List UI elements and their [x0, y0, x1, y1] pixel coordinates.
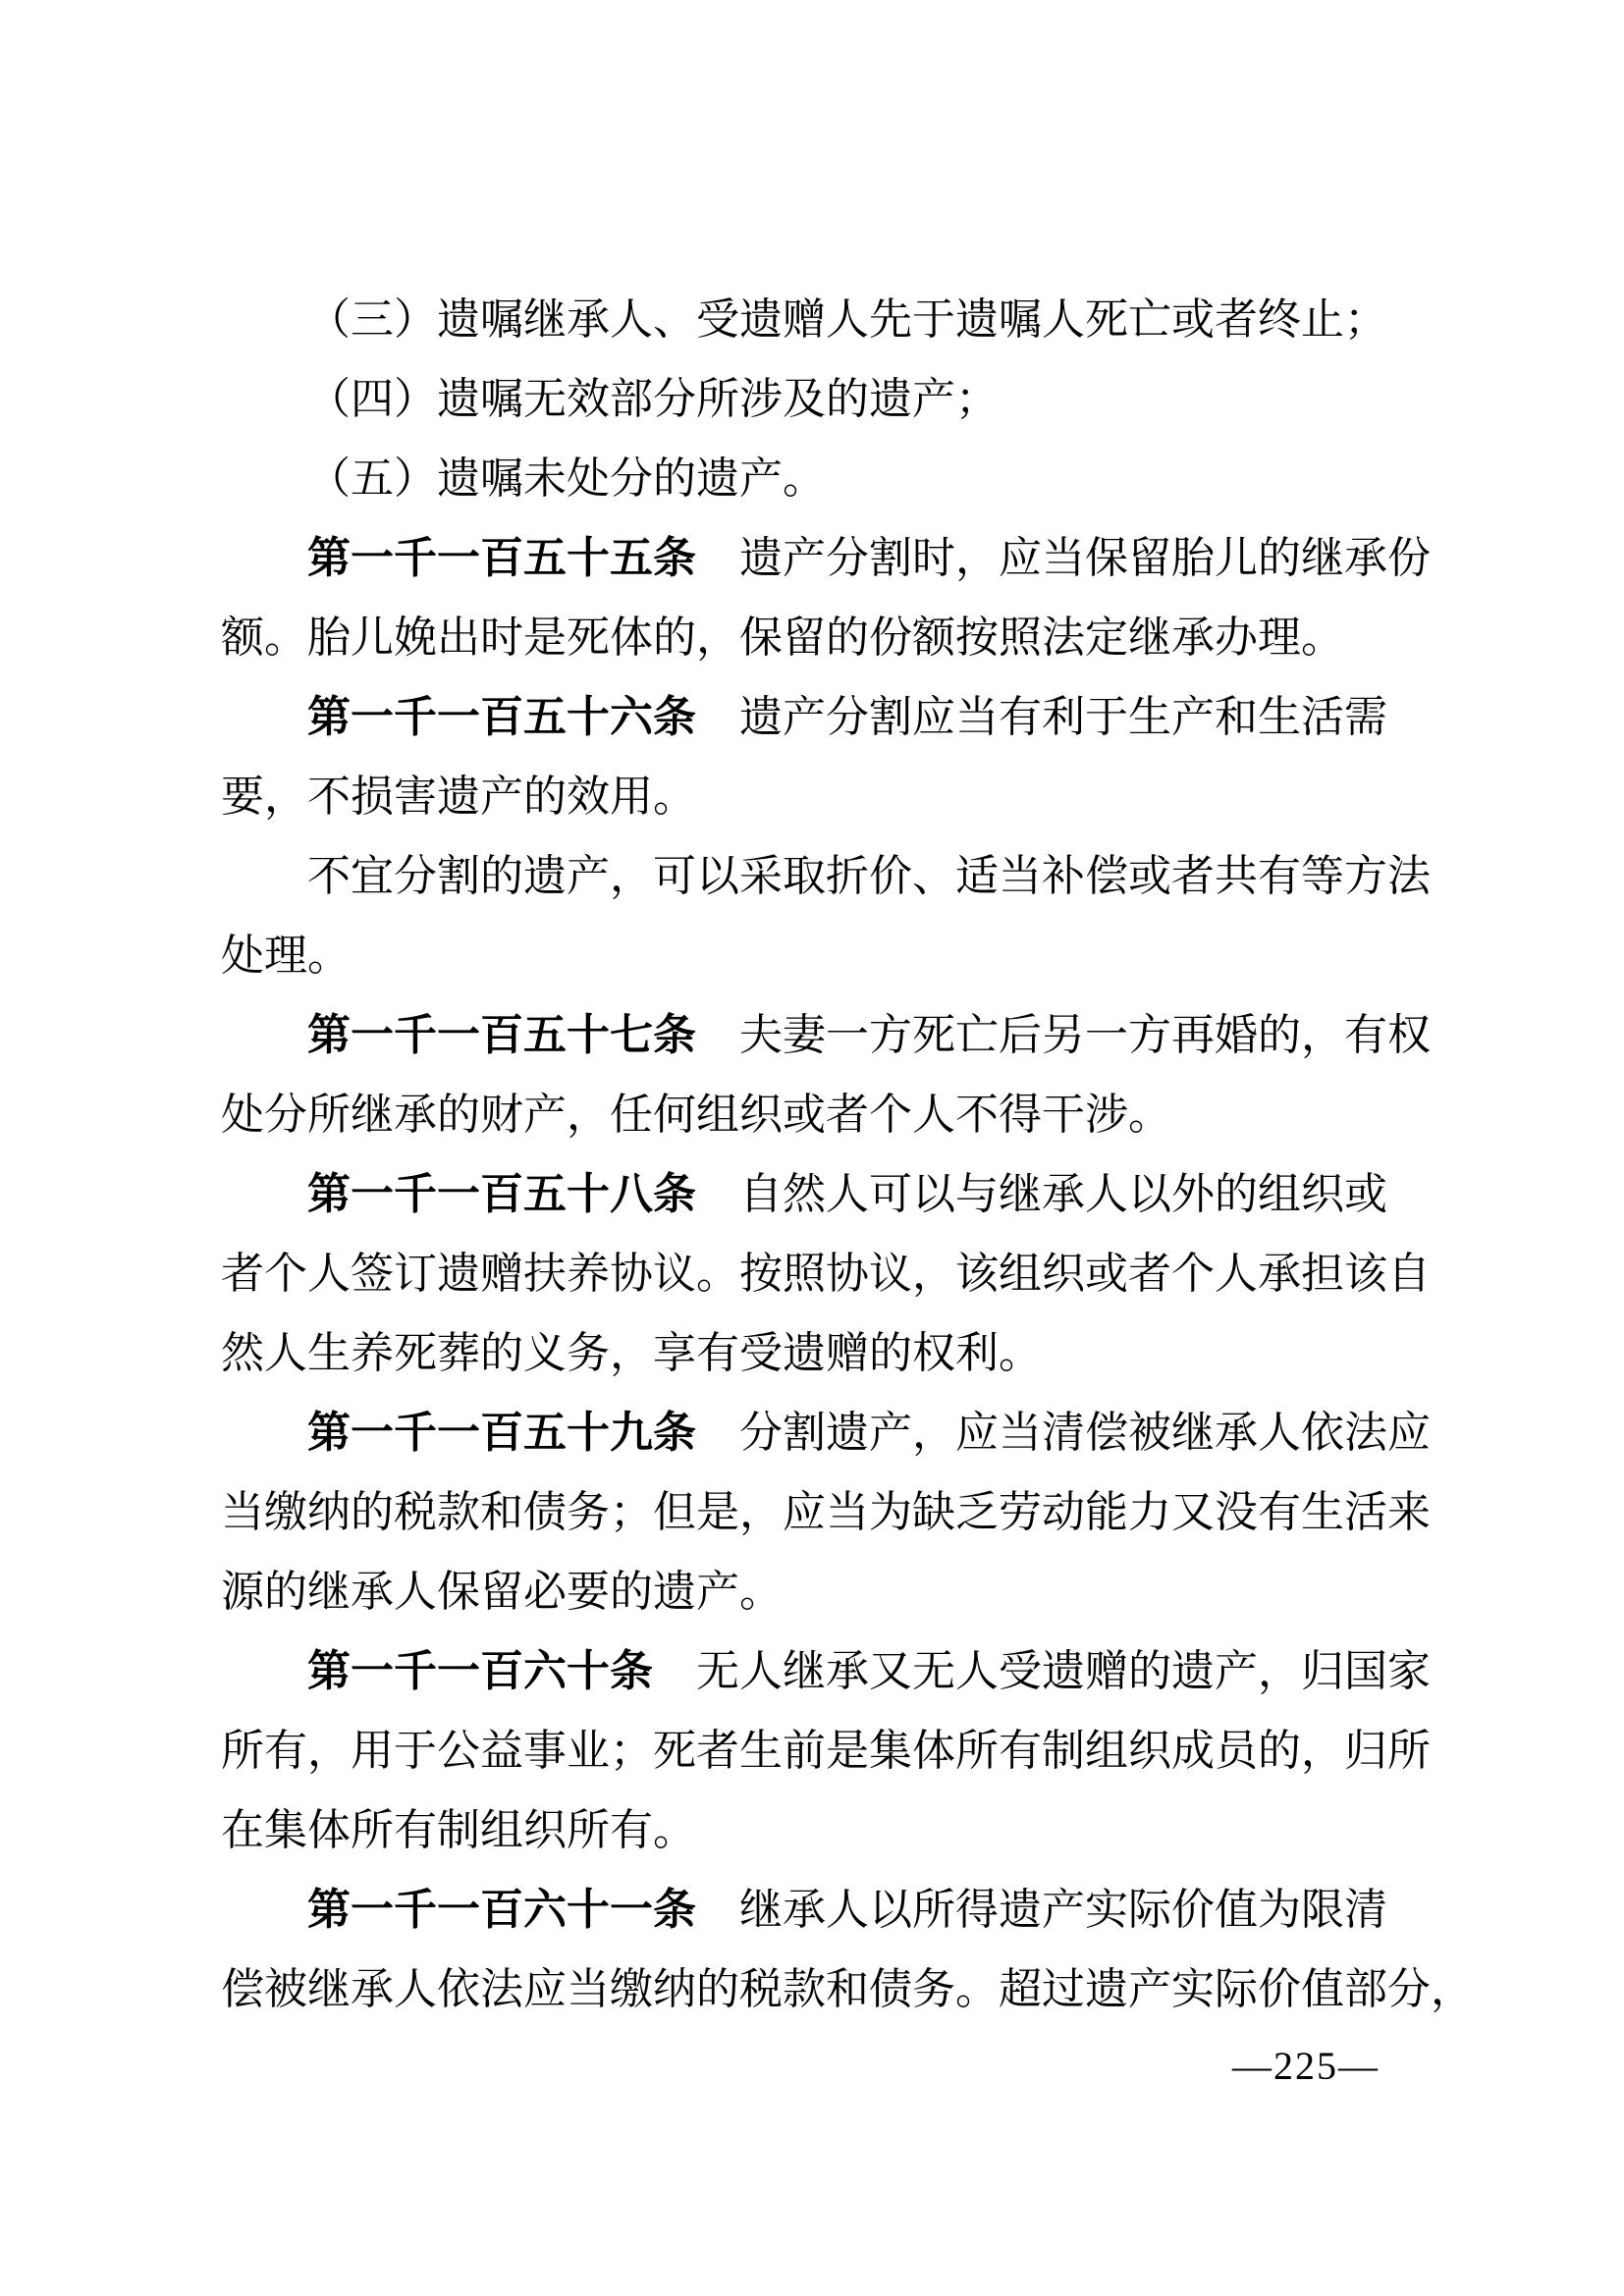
- line-text: 无人继承又无人受遗赠的遗产，归国家: [696, 1647, 1431, 1695]
- text-block: （三）遗嘱继承人、受遗赠人先于遗嘱人死亡或者终止； （四）遗嘱无效部分所涉及的遗…: [221, 280, 1438, 2029]
- text-line: 不宜分割的遗产，可以采取折价、适当补偿或者共有等方法: [221, 836, 1438, 916]
- line-text: 源的继承人保留必要的遗产。: [221, 1568, 783, 1616]
- line-text: 遗产分割应当有利于生产和生活需: [739, 693, 1387, 741]
- line-text: 处分所继承的财产，任何组织或者个人不得干涉。: [221, 1091, 1171, 1139]
- line-text: 不宜分割的遗产，可以采取折价、适当补偿或者共有等方法: [307, 852, 1431, 900]
- line-text: 当缴纳的税款和债务；但是，应当为缺乏劳动能力又没有生活来: [221, 1488, 1431, 1536]
- article-number: 第一千一百五十九条: [307, 1409, 696, 1457]
- line-text: （四）遗嘱无效部分所涉及的遗产；: [307, 375, 999, 423]
- text-line: 在集体所有制组织所有。: [221, 1790, 1438, 1870]
- document-page: （三）遗嘱继承人、受遗赠人先于遗嘱人死亡或者终止； （四）遗嘱无效部分所涉及的遗…: [0, 0, 1624, 2296]
- text-line: 要，不损害遗产的效用。: [221, 757, 1438, 836]
- line-text: 要，不损害遗产的效用。: [221, 773, 696, 821]
- line-text: 额。胎儿娩出时是死体的，保留的份额按照法定继承办理。: [221, 614, 1344, 662]
- text-line: 者个人签订遗赠扶养协议。按照协议，该组织或者个人承担该自: [221, 1234, 1438, 1313]
- text-line: 第一千一百六十条无人继承又无人受遗赠的遗产，归国家: [221, 1631, 1438, 1711]
- line-text: （五）遗嘱未处分的遗产。: [307, 454, 826, 503]
- text-line: （五）遗嘱未处分的遗产。: [221, 439, 1438, 518]
- article-number: 第一千一百五十八条: [307, 1170, 696, 1218]
- page-number: —225—: [1232, 2044, 1380, 2089]
- text-line: 第一千一百五十九条分割遗产，应当清偿被继承人依法应: [221, 1393, 1438, 1472]
- text-line: 第一千一百六十一条继承人以所得遗产实际价值为限清: [221, 1870, 1438, 1949]
- text-line: 处理。: [221, 916, 1438, 995]
- text-line: 处分所继承的财产，任何组织或者个人不得干涉。: [221, 1075, 1438, 1154]
- text-line: 源的继承人保留必要的遗产。: [221, 1552, 1438, 1631]
- line-text: 处理。: [221, 932, 351, 980]
- text-line: 第一千一百五十六条遗产分割应当有利于生产和生活需: [221, 677, 1438, 757]
- text-line: 第一千一百五十八条自然人可以与继承人以外的组织或: [221, 1154, 1438, 1234]
- line-text: 者个人签订遗赠扶养协议。按照协议，该组织或者个人承担该自: [221, 1250, 1431, 1298]
- article-number: 第一千一百六十一条: [307, 1886, 696, 1934]
- article-number: 第一千一百五十五条: [307, 534, 696, 582]
- text-line: 第一千一百五十五条遗产分割时，应当保留胎儿的继承份: [221, 518, 1438, 598]
- text-line: 偿被继承人依法应当缴纳的税款和债务。超过遗产实际价值部分，: [221, 1949, 1438, 2029]
- text-line: （三）遗嘱继承人、受遗赠人先于遗嘱人死亡或者终止；: [221, 280, 1438, 359]
- text-line: 额。胎儿娩出时是死体的，保留的份额按照法定继承办理。: [221, 598, 1438, 677]
- line-text: 继承人以所得遗产实际价值为限清: [739, 1886, 1387, 1934]
- line-text: 偿被继承人依法应当缴纳的税款和债务。超过遗产实际价值部分，: [221, 1965, 1474, 2013]
- line-text: （三）遗嘱继承人、受遗赠人先于遗嘱人死亡或者终止；: [307, 295, 1387, 344]
- article-number: 第一千一百五十七条: [307, 1011, 696, 1059]
- line-text: 遗产分割时，应当保留胎儿的继承份: [739, 534, 1431, 582]
- article-number: 第一千一百六十条: [307, 1647, 653, 1695]
- article-number: 第一千一百五十六条: [307, 693, 696, 741]
- line-text: 所有，用于公益事业；死者生前是集体所有制组织成员的，归所: [221, 1727, 1431, 1775]
- line-text: 分割遗产，应当清偿被继承人依法应: [739, 1409, 1431, 1457]
- line-text: 自然人可以与继承人以外的组织或: [739, 1170, 1387, 1218]
- line-text: 然人生养死葬的义务，享有受遗赠的权利。: [221, 1329, 1042, 1377]
- line-text: 在集体所有制组织所有。: [221, 1806, 696, 1854]
- text-line: 第一千一百五十七条夫妻一方死亡后另一方再婚的，有权: [221, 995, 1438, 1075]
- text-line: 然人生养死葬的义务，享有受遗赠的权利。: [221, 1313, 1438, 1393]
- text-line: （四）遗嘱无效部分所涉及的遗产；: [221, 359, 1438, 439]
- text-line: 所有，用于公益事业；死者生前是集体所有制组织成员的，归所: [221, 1711, 1438, 1790]
- text-line: 当缴纳的税款和债务；但是，应当为缺乏劳动能力又没有生活来: [221, 1472, 1438, 1552]
- line-text: 夫妻一方死亡后另一方再婚的，有权: [739, 1011, 1431, 1059]
